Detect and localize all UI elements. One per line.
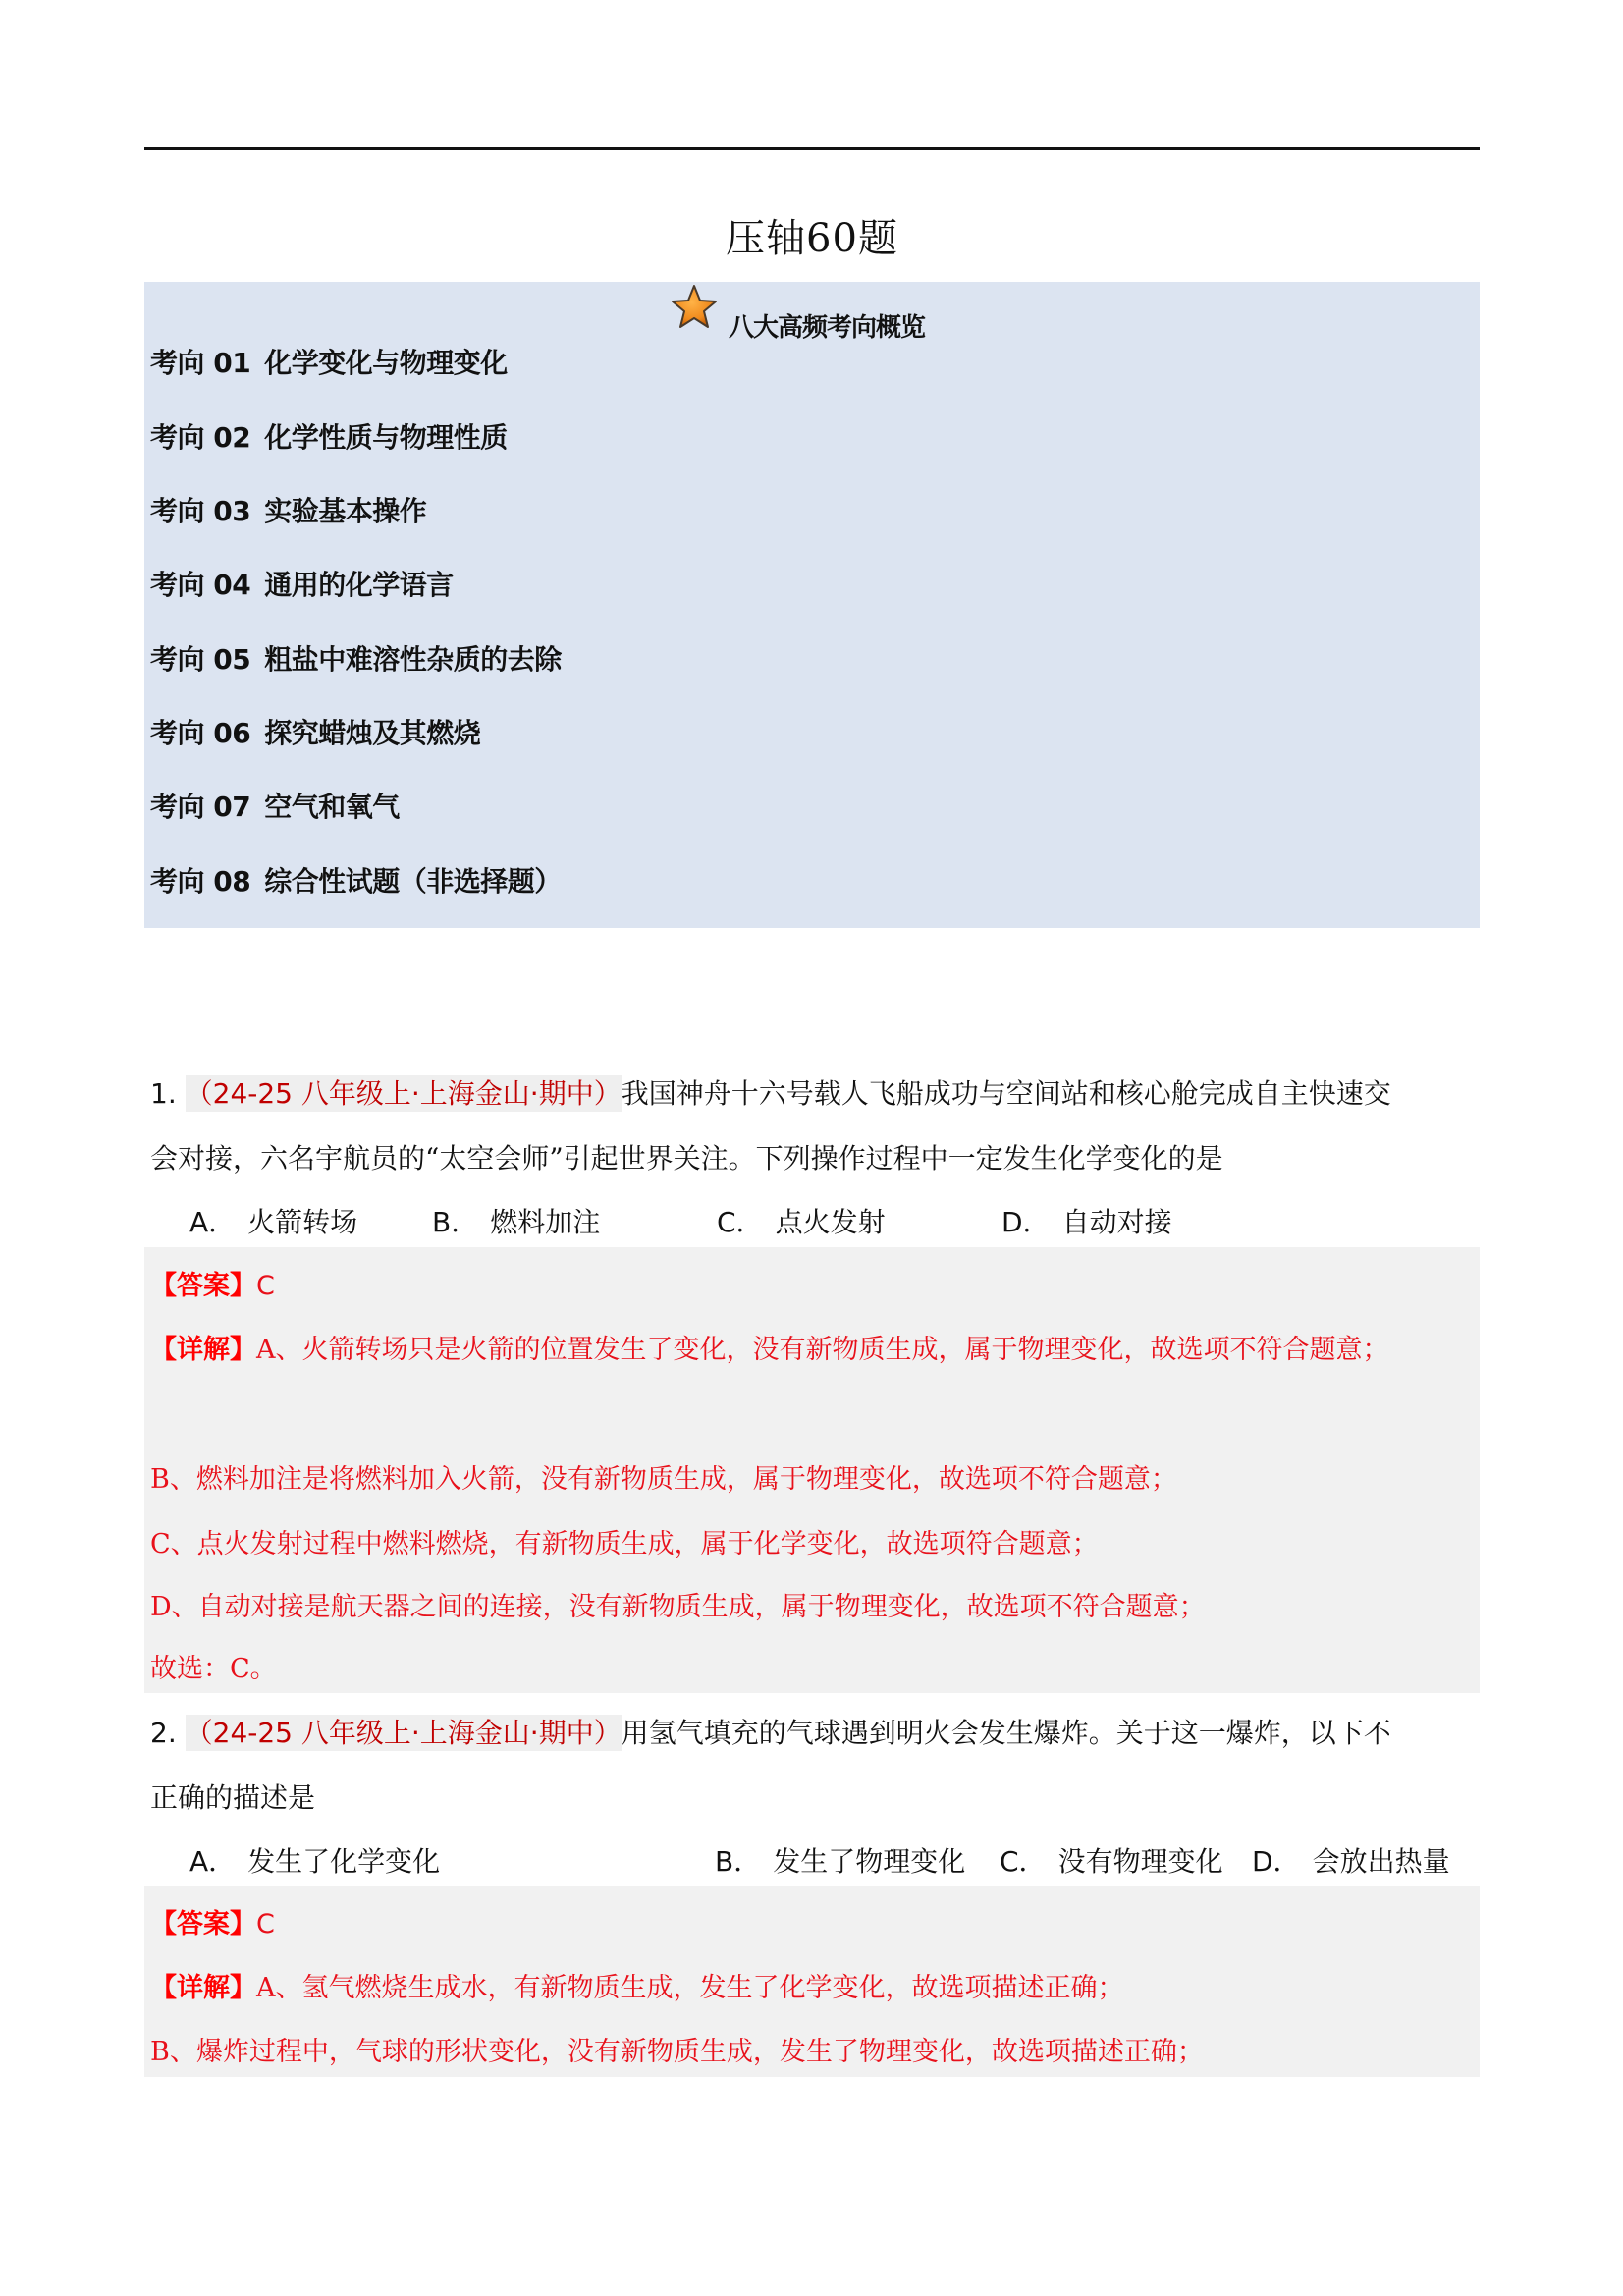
question-1-stem: 1. （24-25 八年级上·上海金山·期中）我国神舟十六号载人飞船成功与空间站… [150,1074,1391,1114]
question-number: 2. [150,1717,177,1749]
topic-item-08: 考向 08综合性试题（非选择题） [150,862,562,902]
question-1-option-c: C．点火发射 [717,1203,886,1242]
question-number: 1. [150,1077,177,1110]
question-1-option-a: A．火箭转场 [189,1203,357,1242]
question-1-option-b: B．燃料加注 [432,1203,600,1242]
question-1-answer: 【答案】C [150,1267,275,1306]
header-rule [144,147,1480,150]
topic-item-02: 考向 02化学性质与物理性质 [150,418,508,458]
question-2-option-a: A．发生了化学变化 [189,1842,440,1882]
question-1-detail-a: 【详解】A、火箭转场只是火箭的位置发生了变化，没有新物质生成，属于物理变化，故选… [150,1331,1389,1370]
question-1-detail-b: B、燃料加注是将燃料加入火箭，没有新物质生成，属于物理变化，故选项不符合题意； [150,1460,1177,1500]
topic-item-07: 考向 07空气和氧气 [150,788,400,827]
topic-item-01: 考向 01化学变化与物理变化 [150,344,508,383]
question-1-detail-c: C、点火发射过程中燃料燃烧，有新物质生成，属于化学变化，故选项符合题意； [150,1525,1099,1564]
question-1-stem-cont: 会对接，六名宇航员的“太空会师”引起世界关注。下列操作过程中一定发生化学变化的是 [150,1139,1223,1178]
document-title: 压轴60题 [144,211,1480,266]
question-2-detail-a: 【详解】A、氢气燃烧生成水，有新物质生成，发生了化学变化，故选项描述正确； [150,1969,1124,2008]
question-1-detail-d: D、自动对接是航天器之间的连接，没有新物质生成，属于物理变化，故选项不符合题意； [150,1588,1206,1627]
question-1-option-d: D．自动对接 [1001,1203,1172,1242]
question-2-option-c: C．没有物理变化 [1000,1842,1223,1882]
star-icon [670,283,719,332]
topic-item-05: 考向 05粗盐中难溶性杂质的去除 [150,640,562,680]
question-2-stem-cont: 正确的描述是 [150,1778,315,1818]
question-source-tag: （24-25 八年级上·上海金山·期中） [186,1075,622,1112]
question-1-conclusion: 故选：C。 [150,1650,277,1689]
question-2-option-b: B．发生了物理变化 [715,1842,965,1882]
question-source-tag: （24-25 八年级上·上海金山·期中） [186,1715,622,1751]
question-2-answer: 【答案】C [150,1905,275,1944]
question-2-option-d: D．会放出热量 [1252,1842,1450,1882]
question-2-detail-b: B、爆炸过程中，气球的形状变化，没有新物质生成，发生了物理变化，故选项描述正确； [150,2033,1204,2072]
topic-item-06: 考向 06探究蜡烛及其燃烧 [150,714,480,753]
overview-heading: 八大高频考向概览 [729,310,925,346]
topic-item-03: 考向 03实验基本操作 [150,492,426,531]
question-2-stem: 2. （24-25 八年级上·上海金山·期中）用氢气填充的气球遇到明火会发生爆炸… [150,1714,1391,1753]
topic-item-04: 考向 04通用的化学语言 [150,566,454,605]
